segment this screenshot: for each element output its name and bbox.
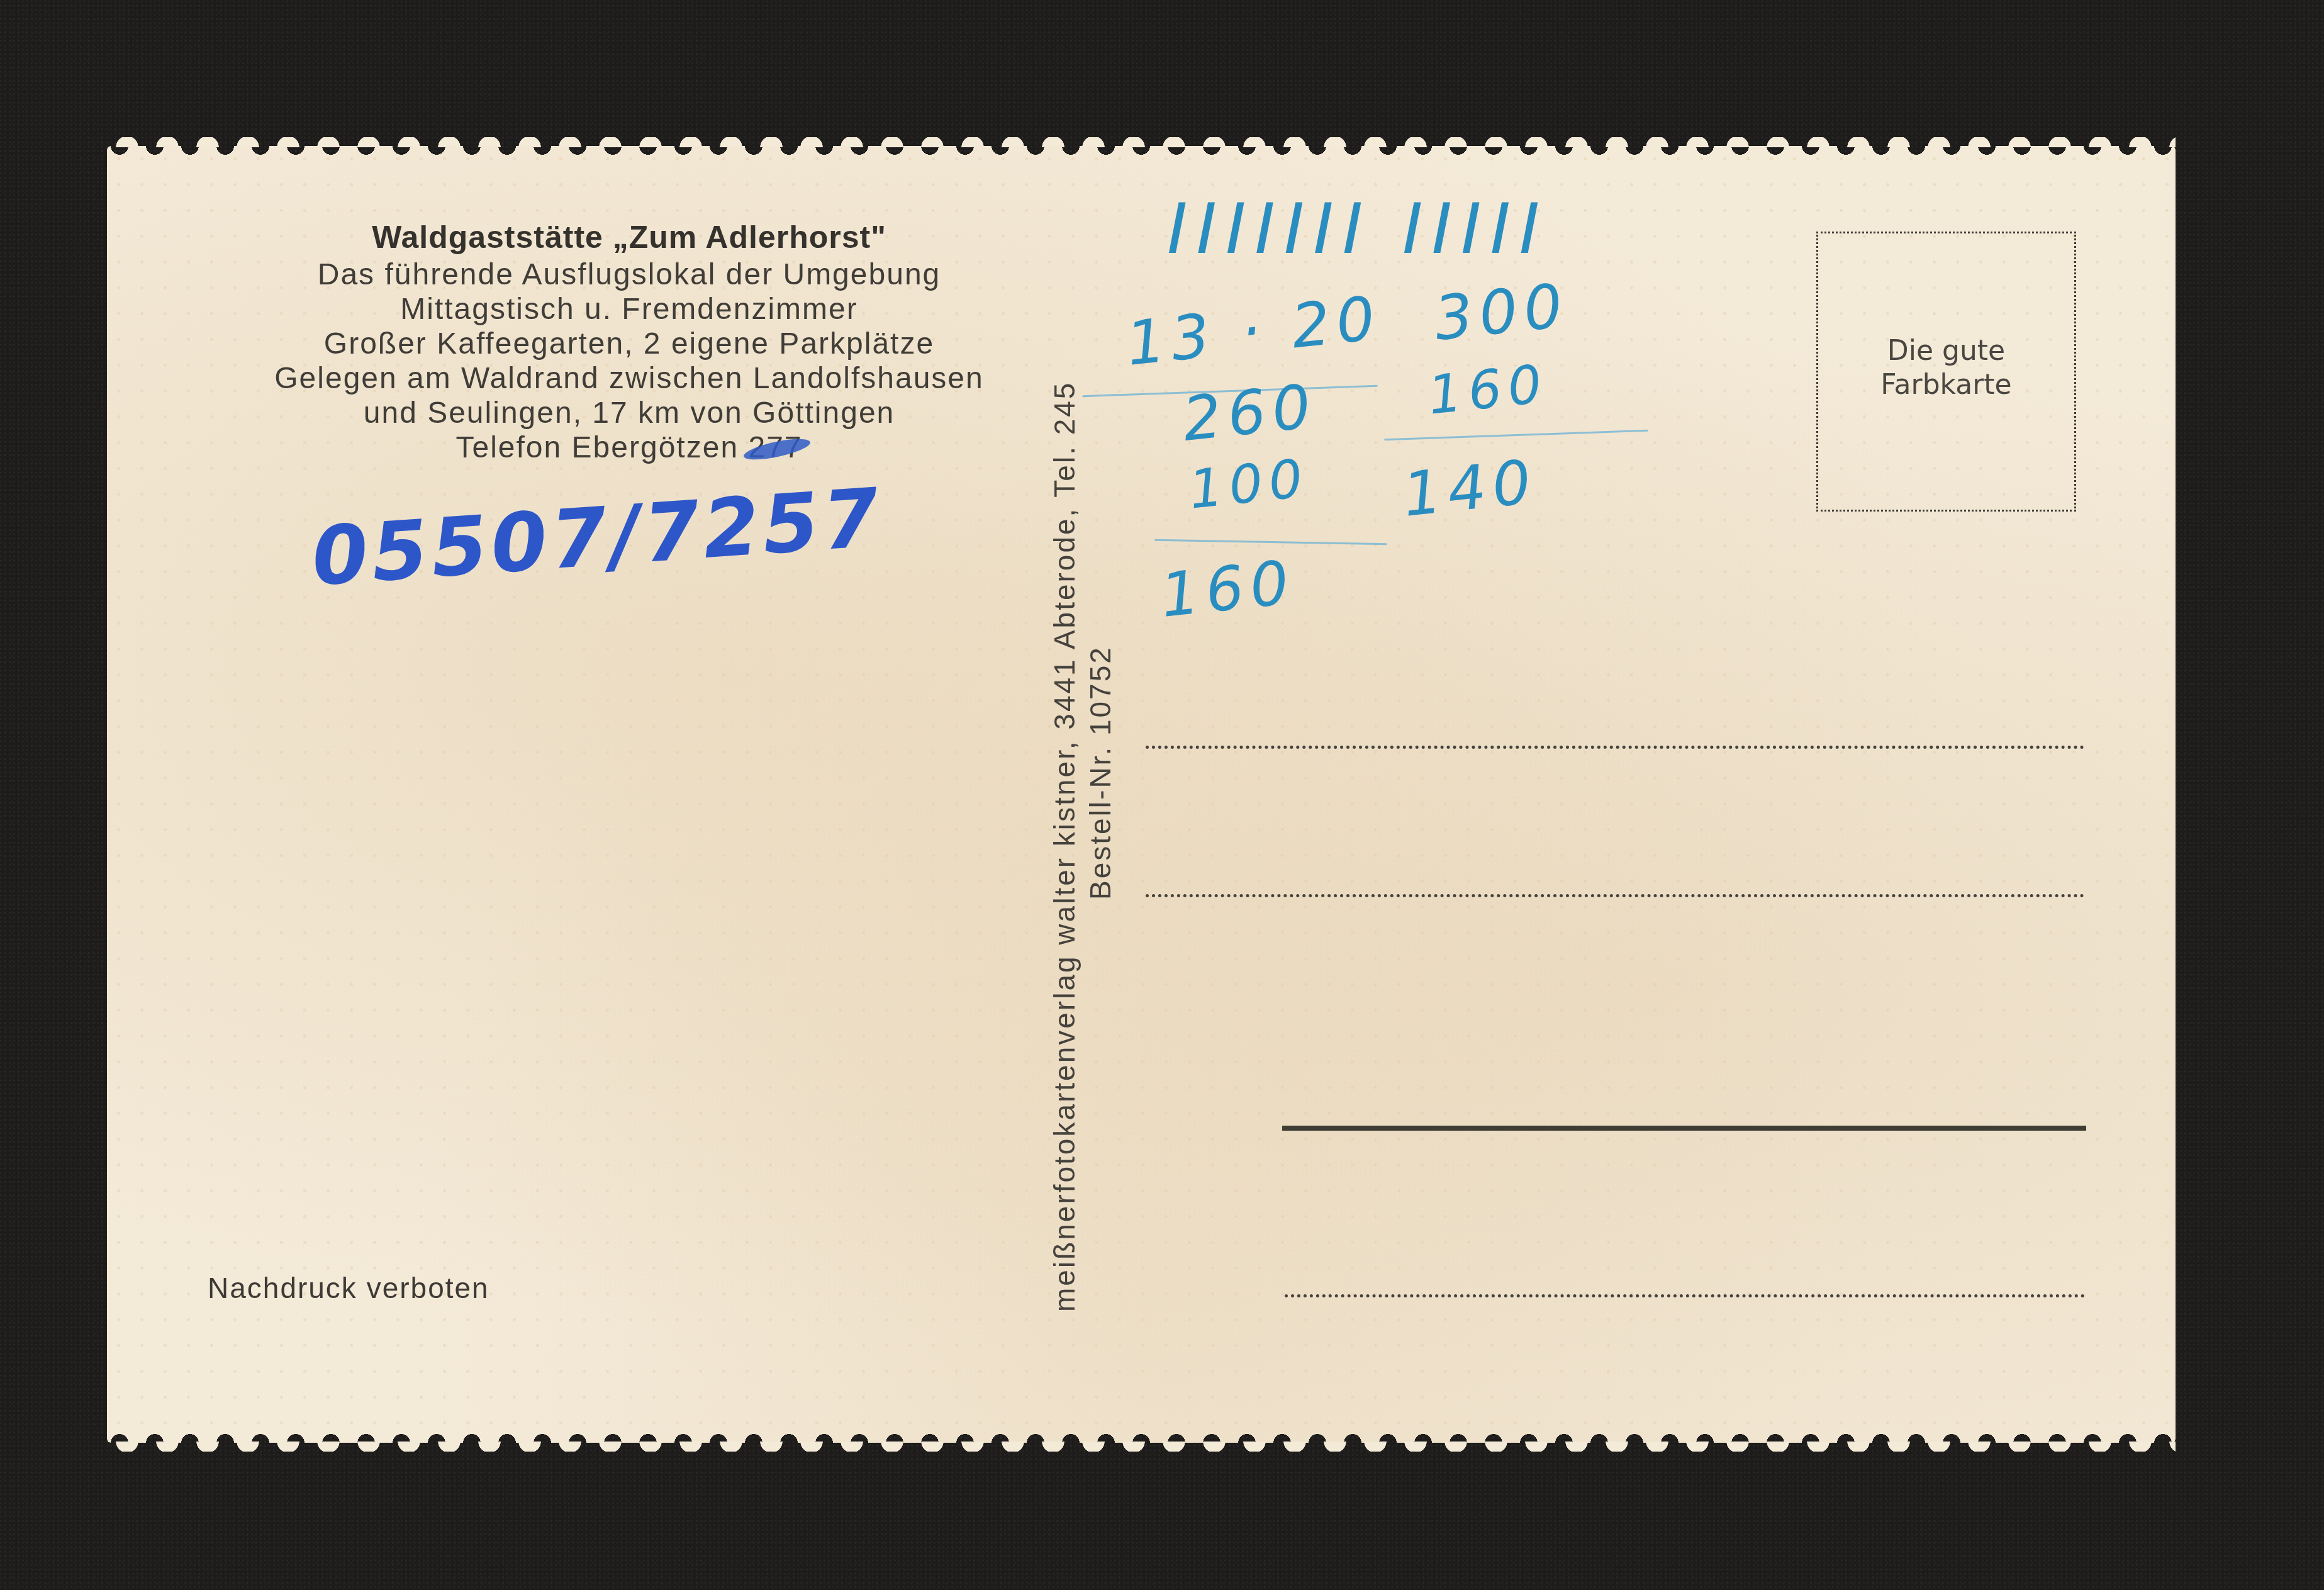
crossed-out-number: 277 <box>748 430 802 465</box>
stamp-box-label: Die gute Farbkarte <box>1818 334 2074 402</box>
calc-result-left: 160 <box>1158 547 1299 631</box>
calc-minuend: 300 <box>1431 270 1572 354</box>
address-line-4 <box>1285 1294 2085 1297</box>
calc-result-right: 140 <box>1400 446 1541 530</box>
advert-line: Das führende Ausflugslokal der Umgebung <box>182 257 1076 292</box>
reprint-notice: Nachdruck verboten <box>208 1271 489 1305</box>
advert-text-block: Waldgaststätte „Zum Adlerhorst" Das führ… <box>182 217 1076 465</box>
stamp-label-line: Die gute <box>1818 334 2074 368</box>
card-scalloped-edge-bottom <box>107 1442 2176 1452</box>
stamp-box: Die gute Farbkarte <box>1816 232 2076 512</box>
order-number: Bestell-Nr. 10752 <box>1083 646 1117 900</box>
advert-line: Mittagstisch u. Fremdenzimmer <box>182 292 1076 327</box>
address-line-1 <box>1146 746 2084 749</box>
address-line-2 <box>1146 894 2084 897</box>
calc-subtrahend: 100 <box>1186 447 1312 520</box>
stamp-label-line: Farbkarte <box>1818 368 2074 402</box>
venue-title: Waldgaststätte „Zum Adlerhorst" <box>182 217 1076 257</box>
handwritten-tally-marks: IIIIIII IIIII <box>1167 189 1548 269</box>
telephone-label: Telefon Ebergötzen <box>455 431 739 464</box>
address-line-city-solid <box>1282 1126 2086 1131</box>
calc-subtrahend-right: 160 <box>1425 352 1551 426</box>
advert-line: und Seulingen, 17 km von Göttingen <box>182 396 1076 430</box>
telephone-line: Telefon Ebergötzen 277 <box>182 430 1076 465</box>
calc-product: 260 <box>1180 371 1321 455</box>
advert-line: Großer Kaffeegarten, 2 eigene Parkplätze <box>182 327 1076 361</box>
advert-line: Gelegen am Waldrand zwischen Landolfshau… <box>182 361 1076 396</box>
publisher-imprint: meißnerfotokartenverlag walter kistner, … <box>1047 381 1081 1312</box>
